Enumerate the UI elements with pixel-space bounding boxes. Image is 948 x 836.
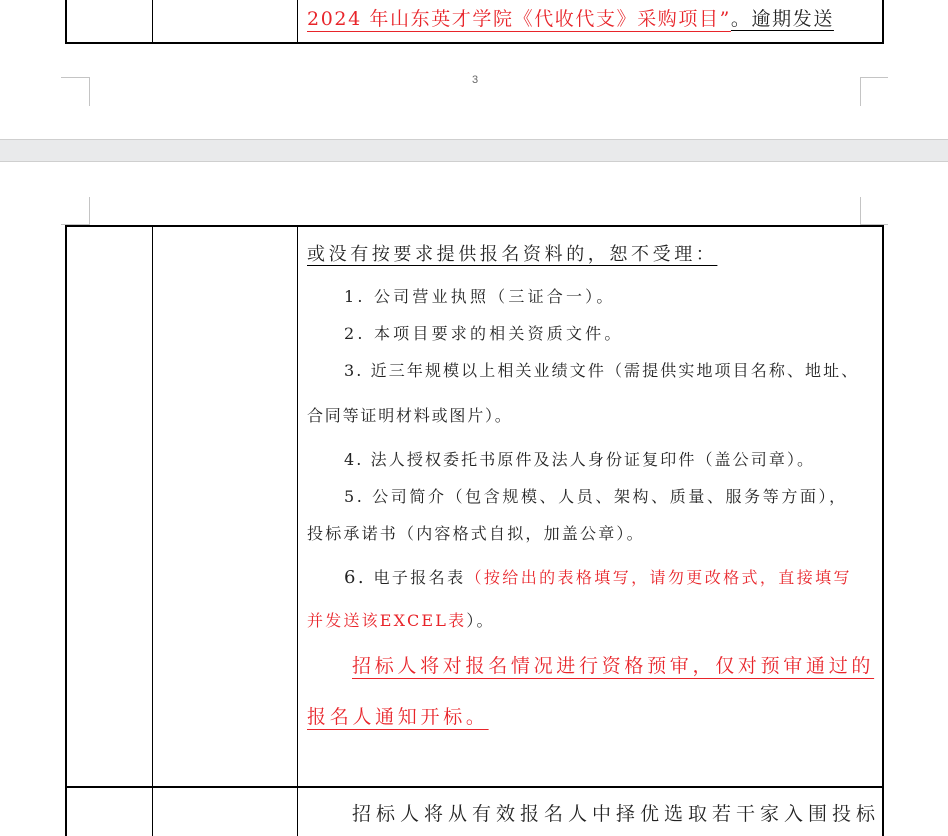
notice-line-1: 招标人将对报名情况进行资格预审，仅对预审通过的	[352, 651, 874, 678]
table-col-divider-1	[152, 0, 153, 44]
item-number: 5.	[344, 487, 364, 506]
item-number: 2.	[344, 324, 366, 343]
table-col-divider-2	[297, 225, 298, 836]
item-number: 1.	[344, 287, 366, 306]
item-text: 公司简介（包含规模、人员、架构、质量、服务等方面），	[372, 487, 848, 506]
item-number: 4.	[344, 450, 363, 469]
item-text-red: （按给出的表格填写，请勿更改格式，直接填写	[466, 568, 852, 587]
item-text-black: 电子报名表	[373, 568, 465, 587]
table-border-left	[65, 225, 67, 836]
item-cont-black: ）。	[466, 611, 494, 630]
row2-text: 招标人将从有效报名人中择优选取若干家入围投标	[352, 799, 880, 826]
corner-mark-tr-v	[860, 77, 861, 106]
corner-mark-br-v	[860, 197, 861, 225]
list-item-5: 5. 公司简介（包含规模、人员、架构、质量、服务等方面），	[344, 484, 848, 507]
list-item-2: 2. 本项目要求的相关资质文件。	[344, 321, 624, 344]
page-number: 3	[470, 74, 480, 86]
table-col-divider-1	[152, 225, 153, 836]
table-row-divider	[65, 786, 884, 788]
table-col-divider-2	[297, 0, 298, 44]
notice-line-2: 报名人通知开标。	[307, 702, 489, 729]
table-border-left	[65, 0, 67, 44]
list-item-6-cont: 并发送该EXCEL表）。	[307, 608, 495, 631]
item-number: 6.	[344, 567, 366, 588]
page-gap	[0, 139, 948, 162]
item-text: 法人授权委托书原件及法人身份证复印件（盖公司章）。	[371, 450, 816, 469]
item-text: 本项目要求的相关资质文件。	[374, 324, 624, 343]
project-title-red: 2024 年山东英才学院《代收代支》采购项目”	[307, 8, 731, 30]
corner-mark-tl-h	[61, 77, 89, 78]
table-border-top	[65, 225, 884, 227]
list-item-6: 6. 电子报名表（按给出的表格填写，请勿更改格式，直接填写	[344, 565, 852, 588]
intro-line: 或没有按要求提供报名资料的，恕不受理：	[307, 240, 717, 266]
item-text: 公司营业执照（三证合一）。	[374, 287, 616, 306]
project-title-suffix: 。逾期发送	[731, 8, 834, 30]
list-item-4: 4. 法人授权委托书原件及法人身份证复印件（盖公司章）。	[344, 447, 815, 470]
list-item-5-cont: 投标承诺书（内容格式自拟，加盖公章）。	[307, 521, 645, 544]
list-item-1: 1. 公司营业执照（三证合一）。	[344, 284, 616, 307]
corner-mark-bl-v	[89, 197, 90, 225]
item-number: 3.	[344, 361, 363, 380]
corner-mark-tr-h	[860, 77, 888, 78]
table-border-right	[882, 0, 884, 44]
project-title-line: 2024 年山东英才学院《代收代支》采购项目”。逾期发送	[307, 4, 834, 31]
list-item-3: 3. 近三年规模以上相关业绩文件（需提供实地项目名称、地址、	[344, 358, 859, 381]
table-border-bottom	[65, 42, 884, 44]
item-text: 近三年规模以上相关业绩文件（需提供实地项目名称、地址、	[371, 361, 860, 380]
table-border-right	[882, 225, 884, 836]
corner-mark-tl-v	[89, 77, 90, 106]
list-item-3-cont: 合同等证明材料或图片）。	[307, 403, 513, 426]
item-cont-red: 并发送该EXCEL表	[307, 611, 466, 630]
